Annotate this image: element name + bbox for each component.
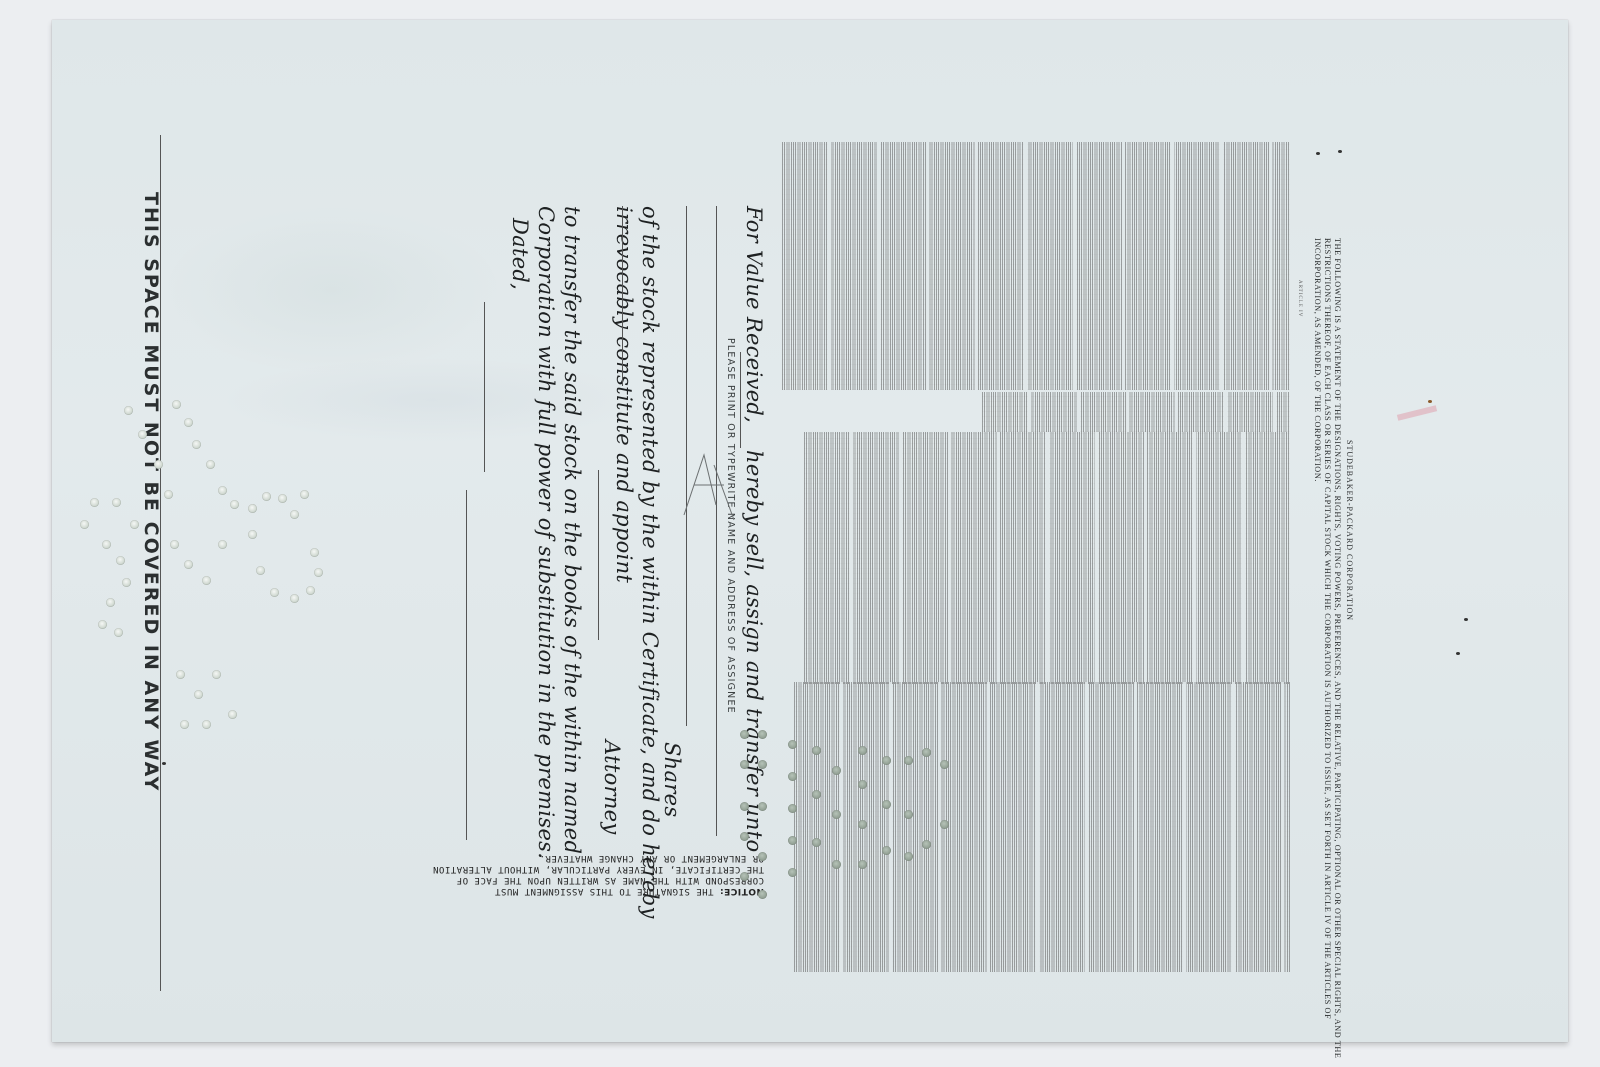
notice-line-3: THE CERTIFICATE, IN EVERY PARTICULAR, WI… [434, 863, 764, 874]
notice-block: NOTICE: THE SIGNATURE TO THIS ASSIGNMENT… [434, 852, 764, 896]
sell-assign-text: hereby sell, assign and transfer unto [742, 450, 766, 852]
notice-line-2: CORRESPOND WITH THE NAME AS WRITTEN UPON… [434, 874, 764, 885]
transfer-text: to transfer the said stock on the books … [560, 206, 584, 854]
signature-mark [674, 445, 744, 525]
legal-text-block-3 [804, 432, 1290, 684]
rust-speck [1338, 150, 1342, 153]
attorney-line-top [622, 206, 623, 386]
statement-line-3: INCORPORATION, AS AMENDED, OF THE CORPOR… [1312, 238, 1322, 482]
rust-speck [1456, 652, 1460, 655]
dated-label: Dated, [508, 218, 532, 290]
assignee-caption: PLEASE PRINT OR TYPEWRITE NAME AND ADDRE… [725, 338, 736, 714]
statement-line-2: RESTRICTIONS THEREOF, OF EACH CLASS OR S… [1322, 238, 1332, 1019]
article-label: ARTICLE IV [1294, 280, 1304, 317]
irrevocably-text: irrevocably constitute and appoint [612, 206, 636, 583]
corporation-name: STUDEBAKER-PACKARD CORPORATION [1344, 440, 1354, 621]
attorney-label: Attorney [600, 740, 624, 835]
for-value-received: For Value Received, [742, 206, 766, 423]
notice-line-1: THE SIGNATURE TO THIS ASSIGNMENT MUST [495, 886, 714, 896]
represented-text: of the stock represented by the within C… [638, 206, 662, 919]
signature-line [466, 490, 467, 840]
attorney-line [598, 470, 599, 640]
red-mark [1397, 405, 1437, 420]
notice-line-4: OR ENLARGEMENT OR ANY CHANGE WHATEVER. [434, 852, 764, 863]
certificate-paper: THIS SPACE MUST NOT BE COVERED IN ANY WA… [52, 20, 1568, 1042]
legal-text-block-1 [782, 142, 1290, 390]
shares-label: Shares [660, 742, 684, 817]
legal-text-block-2 [982, 392, 1290, 432]
statement-line-1: THE FOLLOWING IS A STATEMENT OF THE DESI… [1332, 238, 1342, 1058]
rust-speck [1316, 152, 1320, 155]
rust-speck [162, 762, 166, 765]
warning-text: THIS SPACE MUST NOT BE COVERED IN ANY WA… [140, 192, 162, 792]
corporation-text: Corporation with full power of substitut… [534, 206, 558, 859]
assignor-line [740, 352, 741, 448]
legal-text-block-4 [794, 682, 1290, 972]
rust-speck [1428, 400, 1432, 403]
dated-line [484, 302, 485, 472]
rust-speck [1464, 618, 1468, 621]
